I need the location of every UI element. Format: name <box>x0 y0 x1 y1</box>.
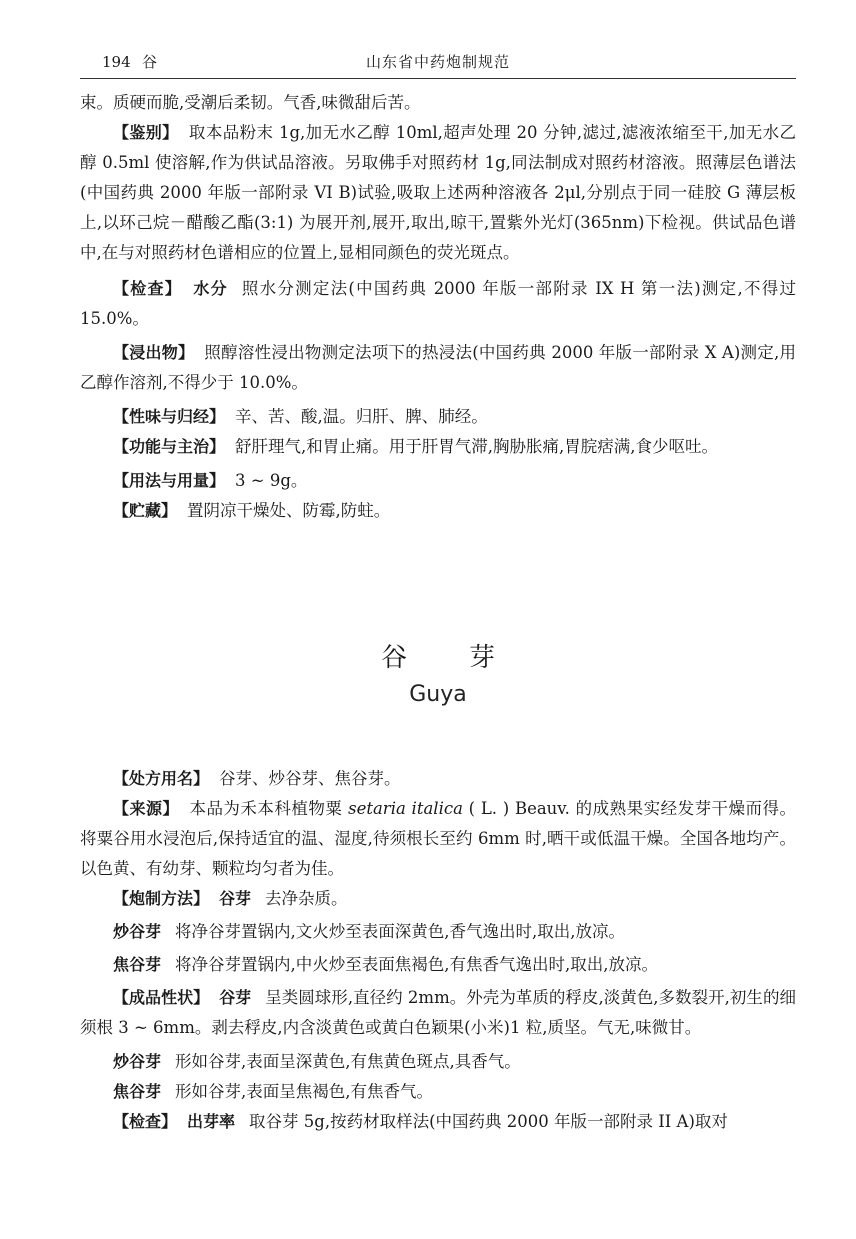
monograph-title-char-2: 芽 <box>469 643 495 673</box>
extract-section: 【浸出物】照醇溶性浸出物测定法项下的热浸法(中国药典 2000 年版一部附录 X… <box>80 338 796 398</box>
processing-item-name: 谷芽 <box>219 889 251 908</box>
processing-item-text: 将净谷芽置锅内,文火炒至表面深黄色,香气逸出时,取出,放凉。 <box>175 922 625 941</box>
previous-entry: 束。质硬而脆,受潮后柔韧。气香,味微甜后苦。 【鉴别】取本品粉末 1g,加无水乙… <box>80 88 796 526</box>
dosage-label: 【用法与用量】 <box>113 471 225 490</box>
identification-text: 取本品粉末 1g,加无水乙醇 10ml,超声处理 20 分钟,滤过,滤液浓缩至干… <box>80 123 796 262</box>
processing-item: 炒谷芽将净谷芽置锅内,文火炒至表面深黄色,香气逸出时,取出,放凉。 <box>80 917 796 947</box>
running-header: 194 谷 山东省中药炮制规范 <box>80 50 796 74</box>
processing-item-name: 焦谷芽 <box>113 955 161 974</box>
characteristics-item-text: 形如谷芽,表面呈深黄色,有焦黄色斑点,具香气。 <box>175 1052 521 1071</box>
source-latin-name: setaria italica <box>348 799 463 818</box>
monograph-title-char-1: 谷 <box>381 643 407 673</box>
header-rule <box>80 78 796 79</box>
characteristics-item-name: 谷芽 <box>219 988 251 1007</box>
monograph-pinyin: Guya <box>80 680 796 710</box>
characteristics-item-text: 形如谷芽,表面呈焦褐色,有焦香气。 <box>175 1082 433 1101</box>
processing-label: 【炮制方法】 <box>113 889 209 908</box>
nature-text: 辛、苦、酸,温。归肝、脾、肺经。 <box>235 407 488 426</box>
storage-section: 【贮藏】置阴凉干燥处、防霉,防蛀。 <box>80 496 796 526</box>
function-section: 【功能与主治】舒肝理气,和胃止痛。用于肝胃气滞,胸胁胀痛,胃脘痞满,食少呕吐。 <box>80 432 796 462</box>
characteristics-section: 【成品性状】谷芽呈类圆球形,直径约 2mm。外壳为革质的稃皮,淡黄色,多数裂开,… <box>80 983 796 1043</box>
monograph-body: 【处方用名】谷芽、炒谷芽、焦谷芽。 【来源】本品为禾本科植物粟 setaria … <box>80 764 796 1137</box>
identification-label: 【鉴别】 <box>113 123 179 142</box>
nature-label: 【性味与归经】 <box>113 407 225 426</box>
inspection-label: 【检查】 <box>113 279 182 298</box>
characteristics-item-name: 炒谷芽 <box>113 1052 161 1071</box>
storage-text: 置阴凉干燥处、防霉,防蛀。 <box>187 501 390 520</box>
characteristics-item-name: 焦谷芽 <box>113 1082 161 1101</box>
inspection-section: 【检查】出芽率取谷芽 5g,按药材取样法(中国药典 2000 年版一部附录 II… <box>80 1107 796 1137</box>
identification-section: 【鉴别】取本品粉末 1g,加无水乙醇 10ml,超声处理 20 分钟,滤过,滤液… <box>80 118 796 268</box>
inspection-sub-label: 出芽率 <box>187 1112 235 1131</box>
nature-section: 【性味与归经】辛、苦、酸,温。归肝、脾、肺经。 <box>80 402 796 432</box>
inspection-text: 照水分测定法(中国药典 2000 年版一部附录 IX H 第一法)测定,不得过 … <box>80 279 796 328</box>
source-text-before: 本品为禾本科植物粟 <box>189 799 348 818</box>
processing-item-name: 炒谷芽 <box>113 922 161 941</box>
function-label: 【功能与主治】 <box>113 437 225 456</box>
processing-item: 焦谷芽将净谷芽置锅内,中火炒至表面焦褐色,有焦香气逸出时,取出,放凉。 <box>80 950 796 980</box>
function-text: 舒肝理气,和胃止痛。用于肝胃气滞,胸胁胀痛,胃脘痞满,食少呕吐。 <box>235 437 718 456</box>
processing-item-text: 去净杂质。 <box>265 889 348 908</box>
inspection-text: 取谷芽 5g,按药材取样法(中国药典 2000 年版一部附录 II A)取对 <box>249 1112 728 1131</box>
source-label: 【来源】 <box>113 799 179 818</box>
inspection-sub-label: 水分 <box>192 279 228 298</box>
prescription-names-label: 【处方用名】 <box>113 769 209 788</box>
prescription-names-text: 谷芽、炒谷芽、焦谷芽。 <box>219 769 401 788</box>
processing-section: 【炮制方法】谷芽去净杂质。 <box>80 884 796 914</box>
dosage-section: 【用法与用量】3 ~ 9g。 <box>80 466 796 496</box>
inspection-label: 【检查】 <box>113 1112 177 1131</box>
monograph-title: 谷芽 <box>80 640 796 676</box>
extract-label: 【浸出物】 <box>113 343 194 362</box>
prescription-names-section: 【处方用名】谷芽、炒谷芽、焦谷芽。 <box>80 764 796 794</box>
continuation-text: 束。质硬而脆,受潮后柔韧。气香,味微甜后苦。 <box>80 88 796 118</box>
storage-label: 【贮藏】 <box>113 501 177 520</box>
characteristics-item: 焦谷芽形如谷芽,表面呈焦褐色,有焦香气。 <box>80 1077 796 1107</box>
characteristics-item: 炒谷芽形如谷芽,表面呈深黄色,有焦黄色斑点,具香气。 <box>80 1047 796 1077</box>
source-section: 【来源】本品为禾本科植物粟 setaria italica ( L. ) Bea… <box>80 794 796 884</box>
inspection-section: 【检查】水分照水分测定法(中国药典 2000 年版一部附录 IX H 第一法)测… <box>80 274 796 334</box>
characteristics-label: 【成品性状】 <box>113 988 209 1007</box>
dosage-text: 3 ~ 9g。 <box>235 471 307 490</box>
processing-item-text: 将净谷芽置锅内,中火炒至表面焦褐色,有焦香气逸出时,取出,放凉。 <box>175 955 658 974</box>
book-title: 山东省中药炮制规范 <box>80 50 796 74</box>
